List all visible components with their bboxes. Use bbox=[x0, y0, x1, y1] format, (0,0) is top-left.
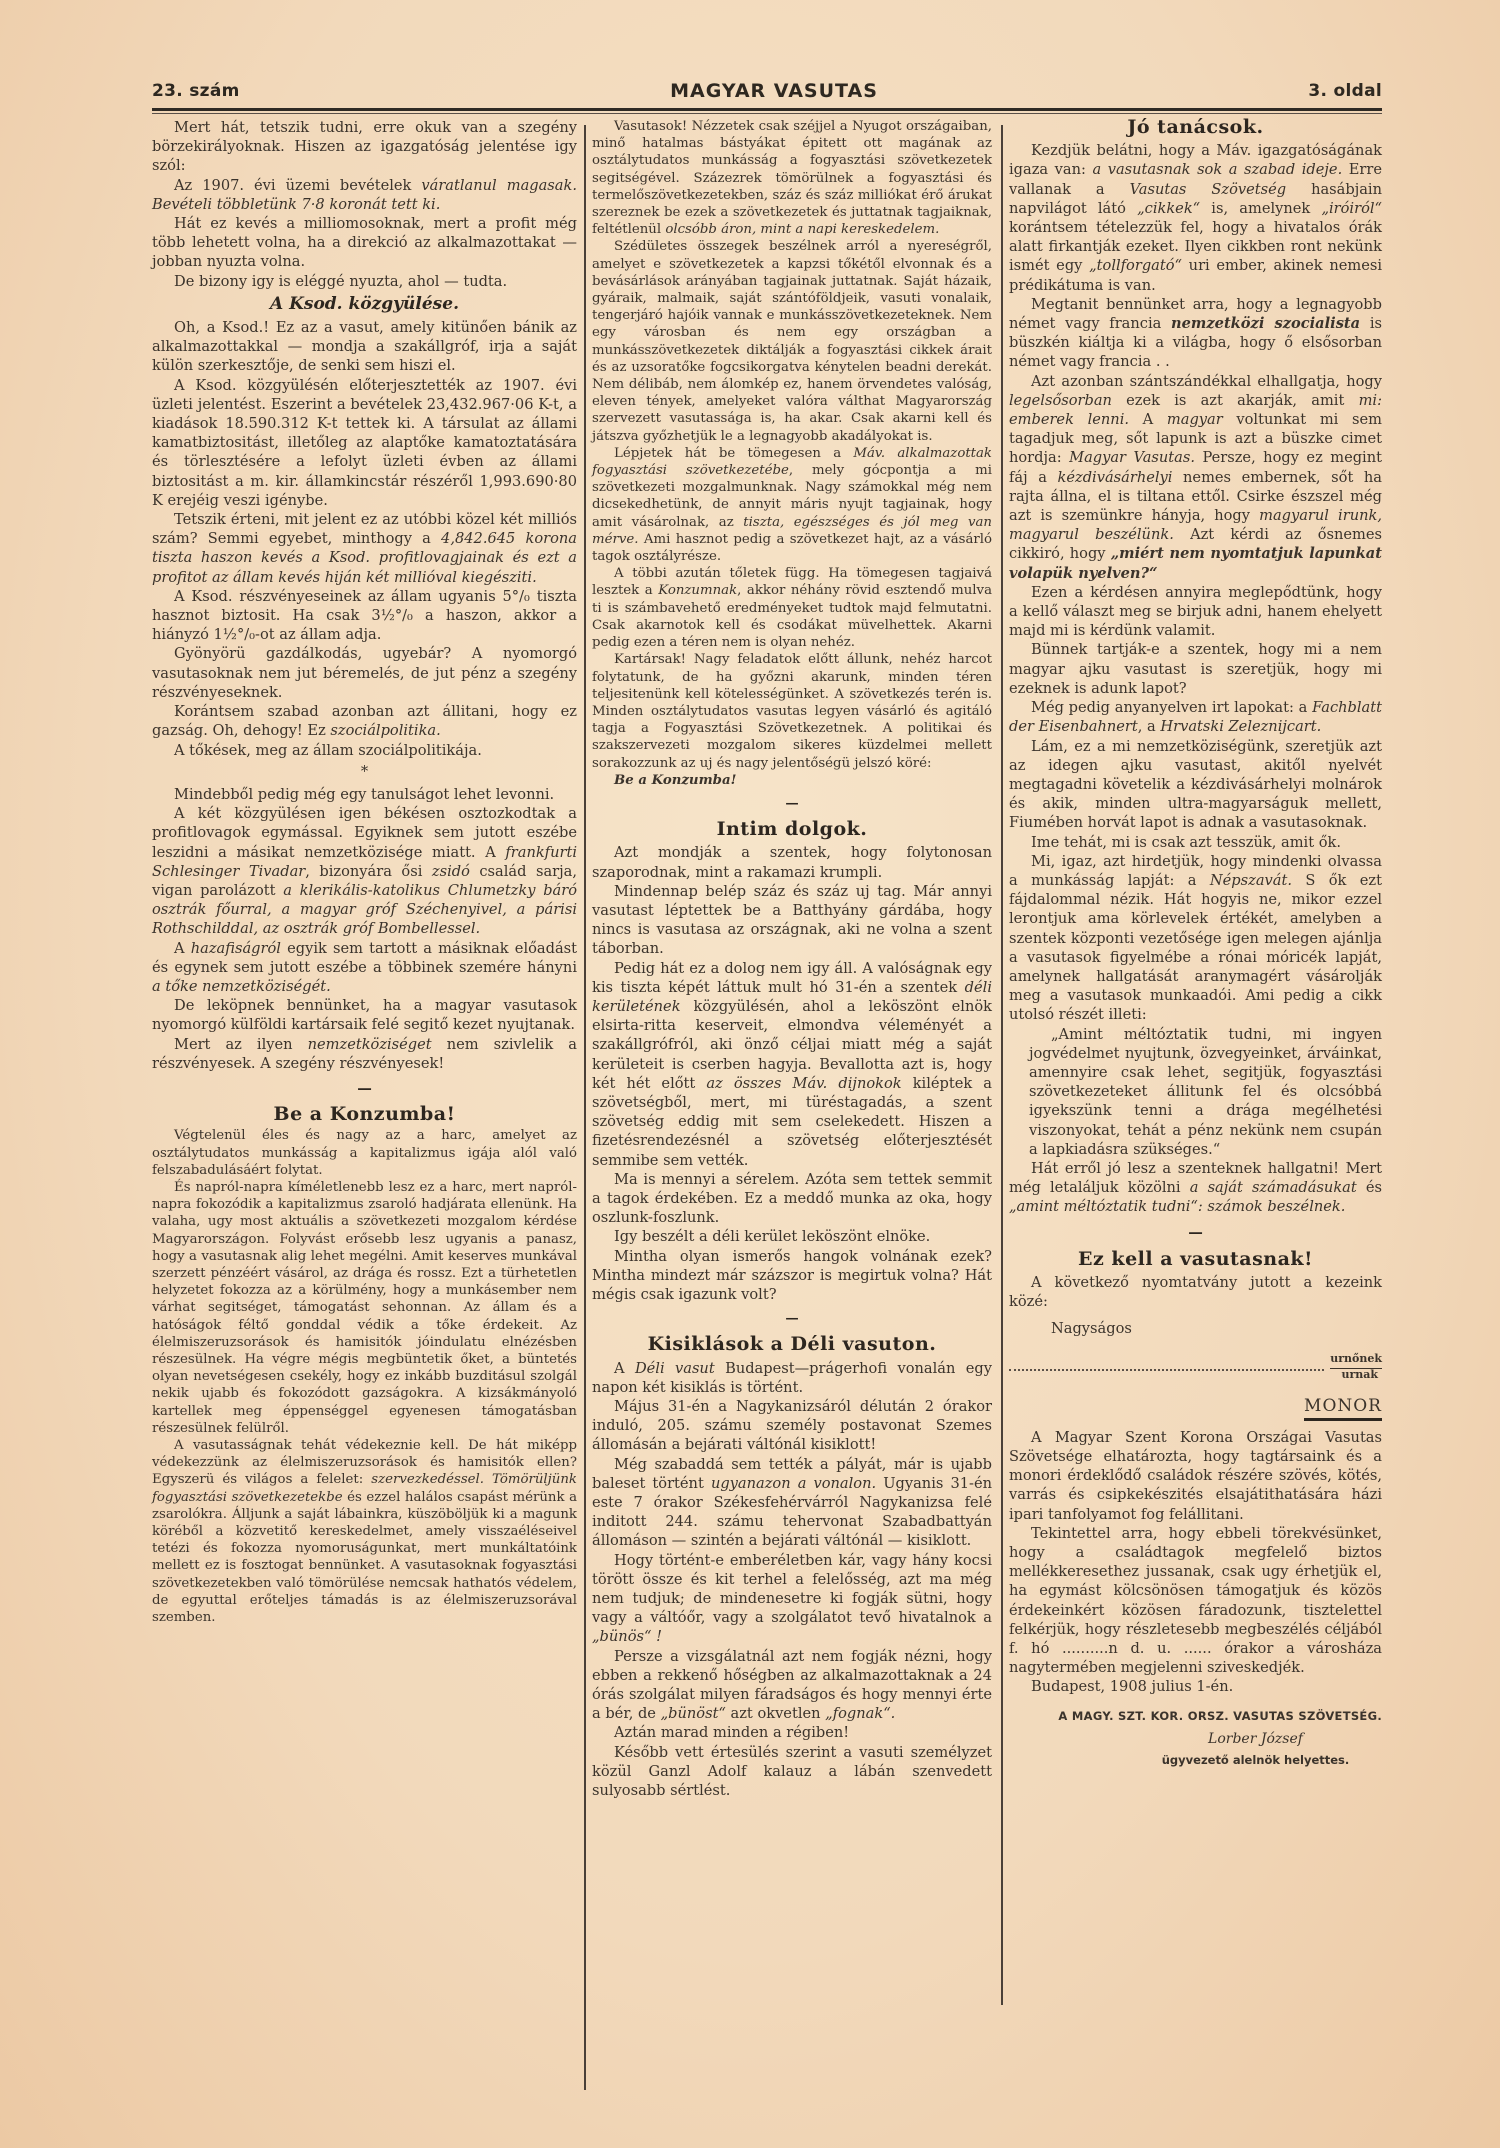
dotted-fill-line bbox=[1009, 1369, 1324, 1371]
dateline: Budapest, 1908 julius 1-én. bbox=[1009, 1677, 1382, 1696]
paragraph: Azt azonban szántszándékkal elhallgatja,… bbox=[1009, 372, 1382, 583]
page-header: 23. szám MAGYAR VASUTAS 3. oldal bbox=[152, 78, 1382, 104]
column-divider bbox=[584, 125, 586, 2090]
page-number: 3. oldal bbox=[1308, 81, 1382, 101]
paragraph: Aztán marad minden a régiben! bbox=[592, 1723, 992, 1742]
paragraph: A Ksod. részvényeseinek az állam ugyanis… bbox=[152, 587, 577, 645]
paragraph: A Ksod. közgyülésén előterjesztették az … bbox=[152, 376, 577, 510]
paragraph: De leköpnek bennünket, ha a magyar vasut… bbox=[152, 996, 577, 1034]
article-ez-kell-a-vasutasnak: Ez kell a vasutasnak! A következő nyomta… bbox=[1009, 1250, 1382, 1770]
signature-role: ügyvezető alelnök helyettes. bbox=[1009, 1751, 1382, 1770]
newspaper-title: MAGYAR VASUTAS bbox=[670, 80, 878, 102]
column-left: Mert hát, tetszik tudni, erre okuk van a… bbox=[152, 118, 577, 1626]
form-location: MONOR bbox=[1009, 1397, 1382, 1416]
paragraph: A tőkések, meg az állam szociálpolitikáj… bbox=[152, 741, 577, 760]
section-separator-star: * bbox=[152, 762, 577, 781]
paragraph: Kartársak! Nagy feladatok előtt állunk, … bbox=[592, 651, 992, 771]
header-rule bbox=[152, 108, 1382, 111]
paragraph: Hát erről jó lesz a szenteknek hallgatni… bbox=[1009, 1159, 1382, 1217]
quoted-paragraph: „Amint méltóztatik tudni, mi ingyen jogv… bbox=[1009, 1025, 1382, 1159]
paragraph: Igy beszélt a déli kerület leköszönt eln… bbox=[592, 1227, 992, 1246]
paragraph: Május 31-én a Nagykanizsáról délután 2 ó… bbox=[592, 1397, 992, 1455]
paragraph: Még szabaddá sem tették a pályát, már is… bbox=[592, 1455, 992, 1551]
paragraph: A hazafiságról egyik sem tartott a másik… bbox=[152, 939, 577, 997]
signature-name: Lorber József bbox=[1009, 1730, 1382, 1749]
paragraph: Később vett értesülés szerint a vasuti s… bbox=[592, 1743, 992, 1801]
paragraph: Ezen a kérdésen annyira meglepődtünk, ho… bbox=[1009, 583, 1382, 641]
paragraph: Tekintettel arra, hogy ebbeli törekvésün… bbox=[1009, 1524, 1382, 1678]
paragraph: A Déli vasut Budapest—prágerhofi vonalán… bbox=[592, 1359, 992, 1397]
article-heading: Kisiklások a Déli vasuton. bbox=[592, 1335, 992, 1354]
column-middle: Vasutasok! Nézzetek csak széjjel a Nyugo… bbox=[592, 118, 992, 1800]
signature-organization: A MAGY. SZT. KOR. ORSZ. VASUTAS SZÖVETSÉ… bbox=[1009, 1707, 1382, 1726]
article-separator: — bbox=[152, 1079, 577, 1098]
article-separator: — bbox=[592, 1310, 992, 1327]
paragraph: Mert az ilyen nemzetköziséget nem szivle… bbox=[152, 1035, 577, 1073]
paragraph: Szédületes összegek beszélnek arról a ny… bbox=[592, 238, 992, 444]
article-heading: Ez kell a vasutasnak! bbox=[1009, 1250, 1382, 1269]
header-rule-thin bbox=[152, 113, 1382, 114]
paragraph: Mindebből pedig még egy tanulságot lehet… bbox=[152, 785, 577, 804]
form-label-urnak: urnak bbox=[1341, 1365, 1378, 1384]
paragraph: A Magyar Szent Korona Országai Vasutas S… bbox=[1009, 1428, 1382, 1524]
paragraph: A következő nyomtatvány jutott a kezeink… bbox=[1009, 1273, 1382, 1311]
paragraph: A vasutasságnak tehát védekeznie kell. D… bbox=[152, 1437, 577, 1626]
article-be-a-konzumba-continued: Vasutasok! Nézzetek csak széjjel a Nyugo… bbox=[592, 118, 992, 789]
paragraph: Oh, a Ksod.! Ez az a vasut, amely kitünő… bbox=[152, 318, 577, 376]
paragraph: Ime tehát, mi is csak azt tesszük, amit … bbox=[1009, 833, 1382, 852]
article-separator: — bbox=[1009, 1223, 1382, 1242]
paragraph: Az 1907. évi üzemi bevételek váratlanul … bbox=[152, 176, 577, 214]
paragraph: Tetszik érteni, mit jelent ez az utóbbi … bbox=[152, 510, 577, 587]
paragraph: Hogy történt-e emberéletben kár, vagy há… bbox=[592, 1551, 992, 1647]
paragraph: A két közgyülésen igen békésen osztozkod… bbox=[152, 804, 577, 938]
paragraph: Persze a vizsgálatnál azt nem fogják néz… bbox=[592, 1647, 992, 1724]
paragraph: Mintha olyan ismerős hangok volnának eze… bbox=[592, 1247, 992, 1305]
article-be-a-konzumba: Be a Konzumba! Végtelenül éles és nagy a… bbox=[152, 1106, 577, 1626]
article-separator: — bbox=[592, 795, 992, 812]
paragraph: Hát ez kevés a milliomosoknak, mert a pr… bbox=[152, 214, 577, 272]
paragraph: De bizony igy is eléggé nyuzta, ahol — t… bbox=[152, 272, 577, 291]
article-jo-tanacsok: Jó tanácsok. Kezdjük belátni, hogy a Máv… bbox=[1009, 118, 1382, 1217]
column-right: Jó tanácsok. Kezdjük belátni, hogy a Máv… bbox=[1009, 118, 1382, 1770]
paragraph: Mindennap belép száz és száz uj tag. Már… bbox=[592, 882, 992, 959]
paragraph: Ma is mennyi a sérelem. Azóta sem tettek… bbox=[592, 1170, 992, 1228]
paragraph: És napról-napra kíméletlenebb lesz ez a … bbox=[152, 1179, 577, 1437]
paragraph: Lám, ez a mi nemzetköziségünk, szeretjük… bbox=[1009, 737, 1382, 833]
section-subheading: A Ksod. közgyülése. bbox=[152, 295, 577, 314]
article-heading: Intim dolgok. bbox=[592, 820, 992, 839]
paragraph: Kezdjük belátni, hogy a Máv. igazgatóság… bbox=[1009, 141, 1382, 295]
paragraph: Még pedig anyanyelven irt lapokat: a Fac… bbox=[1009, 698, 1382, 736]
paragraph: Lépjetek hát be tömegesen a Máv. alkalma… bbox=[592, 445, 992, 565]
form-address-line: urnőnek urnak bbox=[1009, 1347, 1382, 1391]
paragraph: Megtanit bennünket arra, hogy a legnagyo… bbox=[1009, 295, 1382, 372]
paragraph: Korántsem szabad azonban azt állitani, h… bbox=[152, 702, 577, 740]
slogan: Be a Konzumba! bbox=[592, 772, 992, 789]
column-divider bbox=[1001, 125, 1003, 2005]
article-intim-dolgok: Intim dolgok. Azt mondják a szentek, hog… bbox=[592, 820, 992, 1304]
article-kisiklasok: Kisiklások a Déli vasuton. A Déli vasut … bbox=[592, 1335, 992, 1800]
block-quote: „Amint méltóztatik tudni, mi ingyen jogv… bbox=[1009, 1025, 1382, 1159]
paragraph: Pedig hát ez a dolog nem igy áll. A való… bbox=[592, 959, 992, 1170]
paragraph: Bünnek tartják-e a szentek, hogy mi a ne… bbox=[1009, 640, 1382, 698]
paragraph: Végtelenül éles és nagy az a harc, amely… bbox=[152, 1127, 577, 1179]
form-greeting: Nagyságos bbox=[1009, 1319, 1382, 1338]
paragraph: Mi, igaz, azt hirdetjük, hogy mindenki o… bbox=[1009, 852, 1382, 1025]
paragraph: Mert hát, tetszik tudni, erre okuk van a… bbox=[152, 118, 577, 176]
paragraph: A többi azután tőletek függ. Ha tömegese… bbox=[592, 565, 992, 651]
article-ksod-continued: Mert hát, tetszik tudni, erre okuk van a… bbox=[152, 118, 577, 1073]
paragraph: Azt mondják a szentek, hogy folytonosan … bbox=[592, 843, 992, 881]
paragraph: Gyönyörü gazdálkodás, ugyebár? A nyomorg… bbox=[152, 644, 577, 702]
article-heading: Be a Konzumba! bbox=[152, 1106, 577, 1123]
issue-number: 23. szám bbox=[152, 81, 240, 101]
article-heading: Jó tanácsok. bbox=[1009, 118, 1382, 137]
paragraph: Vasutasok! Nézzetek csak széjjel a Nyugo… bbox=[592, 118, 992, 238]
